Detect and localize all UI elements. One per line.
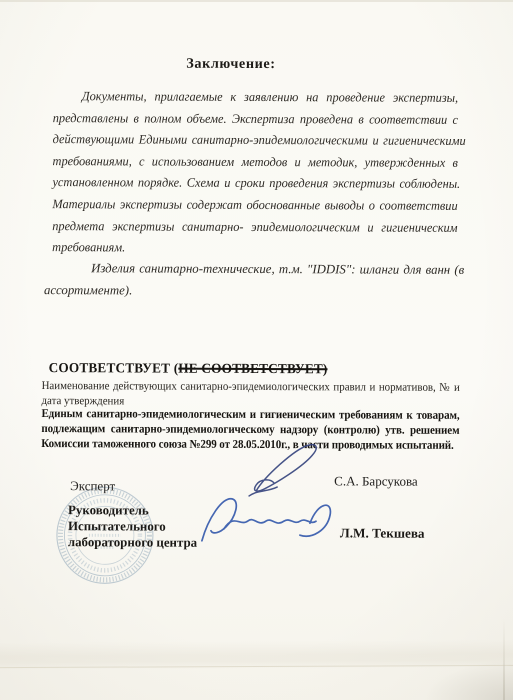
verdict-strikethrough-text: НЕ СООТВЕТСТВУЕТ): [178, 361, 327, 377]
head-signature-icon: [198, 491, 343, 548]
head-role-line: Испытательного: [68, 518, 197, 535]
paragraph-line: требованиями, с использованием методов и…: [53, 151, 458, 174]
paragraph-line: действующими Едиными санитарно-эпидемиол…: [53, 129, 458, 152]
caption-line: Наименование действующих санитарно-эпиде…: [42, 379, 460, 395]
head-role-line: лабораторного центра: [68, 534, 197, 551]
conclusion-paragraph: Документы, прилагаемые к заявлению на пр…: [52, 86, 458, 261]
verdict-match-text: СООТВЕТСТВУЕТ (: [49, 360, 179, 376]
regulation-line: подлежащим санитарно-эпидемиологическому…: [41, 421, 459, 438]
document-content: Заключение: Документы, прилагаемые к зая…: [0, 0, 513, 700]
head-role-label: Руководитель Испытательного лабораторног…: [68, 502, 197, 551]
paragraph-line: Изделия санитарно-технические, т.м. "IDD…: [44, 258, 460, 281]
conclusion-heading: Заключение:: [0, 55, 462, 74]
expert-name: С.А. Барсукова: [334, 473, 418, 489]
scan-top-edge: [0, 0, 513, 2]
head-role-line: Руководитель: [68, 502, 197, 519]
scan-right-edge: [503, 618, 505, 700]
document-sheet: Заключение: Документы, прилагаемые к зая…: [0, 0, 513, 700]
paragraph-line: Документы, прилагаемые к заявлению на пр…: [53, 86, 458, 109]
head-name: Л.М. Текшева: [340, 525, 425, 541]
regulation-line: Единым санитарно-эпидемиологическим и ги…: [41, 406, 459, 423]
paragraph-line: Материалы экспертизы содержат обоснованн…: [52, 194, 457, 217]
paragraph-line: предмета экспертизы санитарно- эпидемиол…: [52, 216, 457, 239]
paragraph-line: представлены в полном объеме. Экспертиза…: [53, 108, 458, 131]
paragraph-line: установленном порядке. Схема и сроки про…: [52, 172, 457, 195]
paragraph-line: ассортименте).: [44, 280, 460, 303]
scanned-document-page: Заключение: Документы, прилагаемые к зая…: [0, 0, 513, 700]
product-paragraph: Изделия санитарно-технические, т.м. "IDD…: [44, 258, 460, 303]
expert-role-label: Эксперт: [70, 478, 115, 494]
paragraph-line: требованиям.: [52, 237, 457, 260]
verdict-line: СООТВЕТСТВУЕТ (НЕ СООТВЕТСТВУЕТ): [49, 360, 328, 377]
